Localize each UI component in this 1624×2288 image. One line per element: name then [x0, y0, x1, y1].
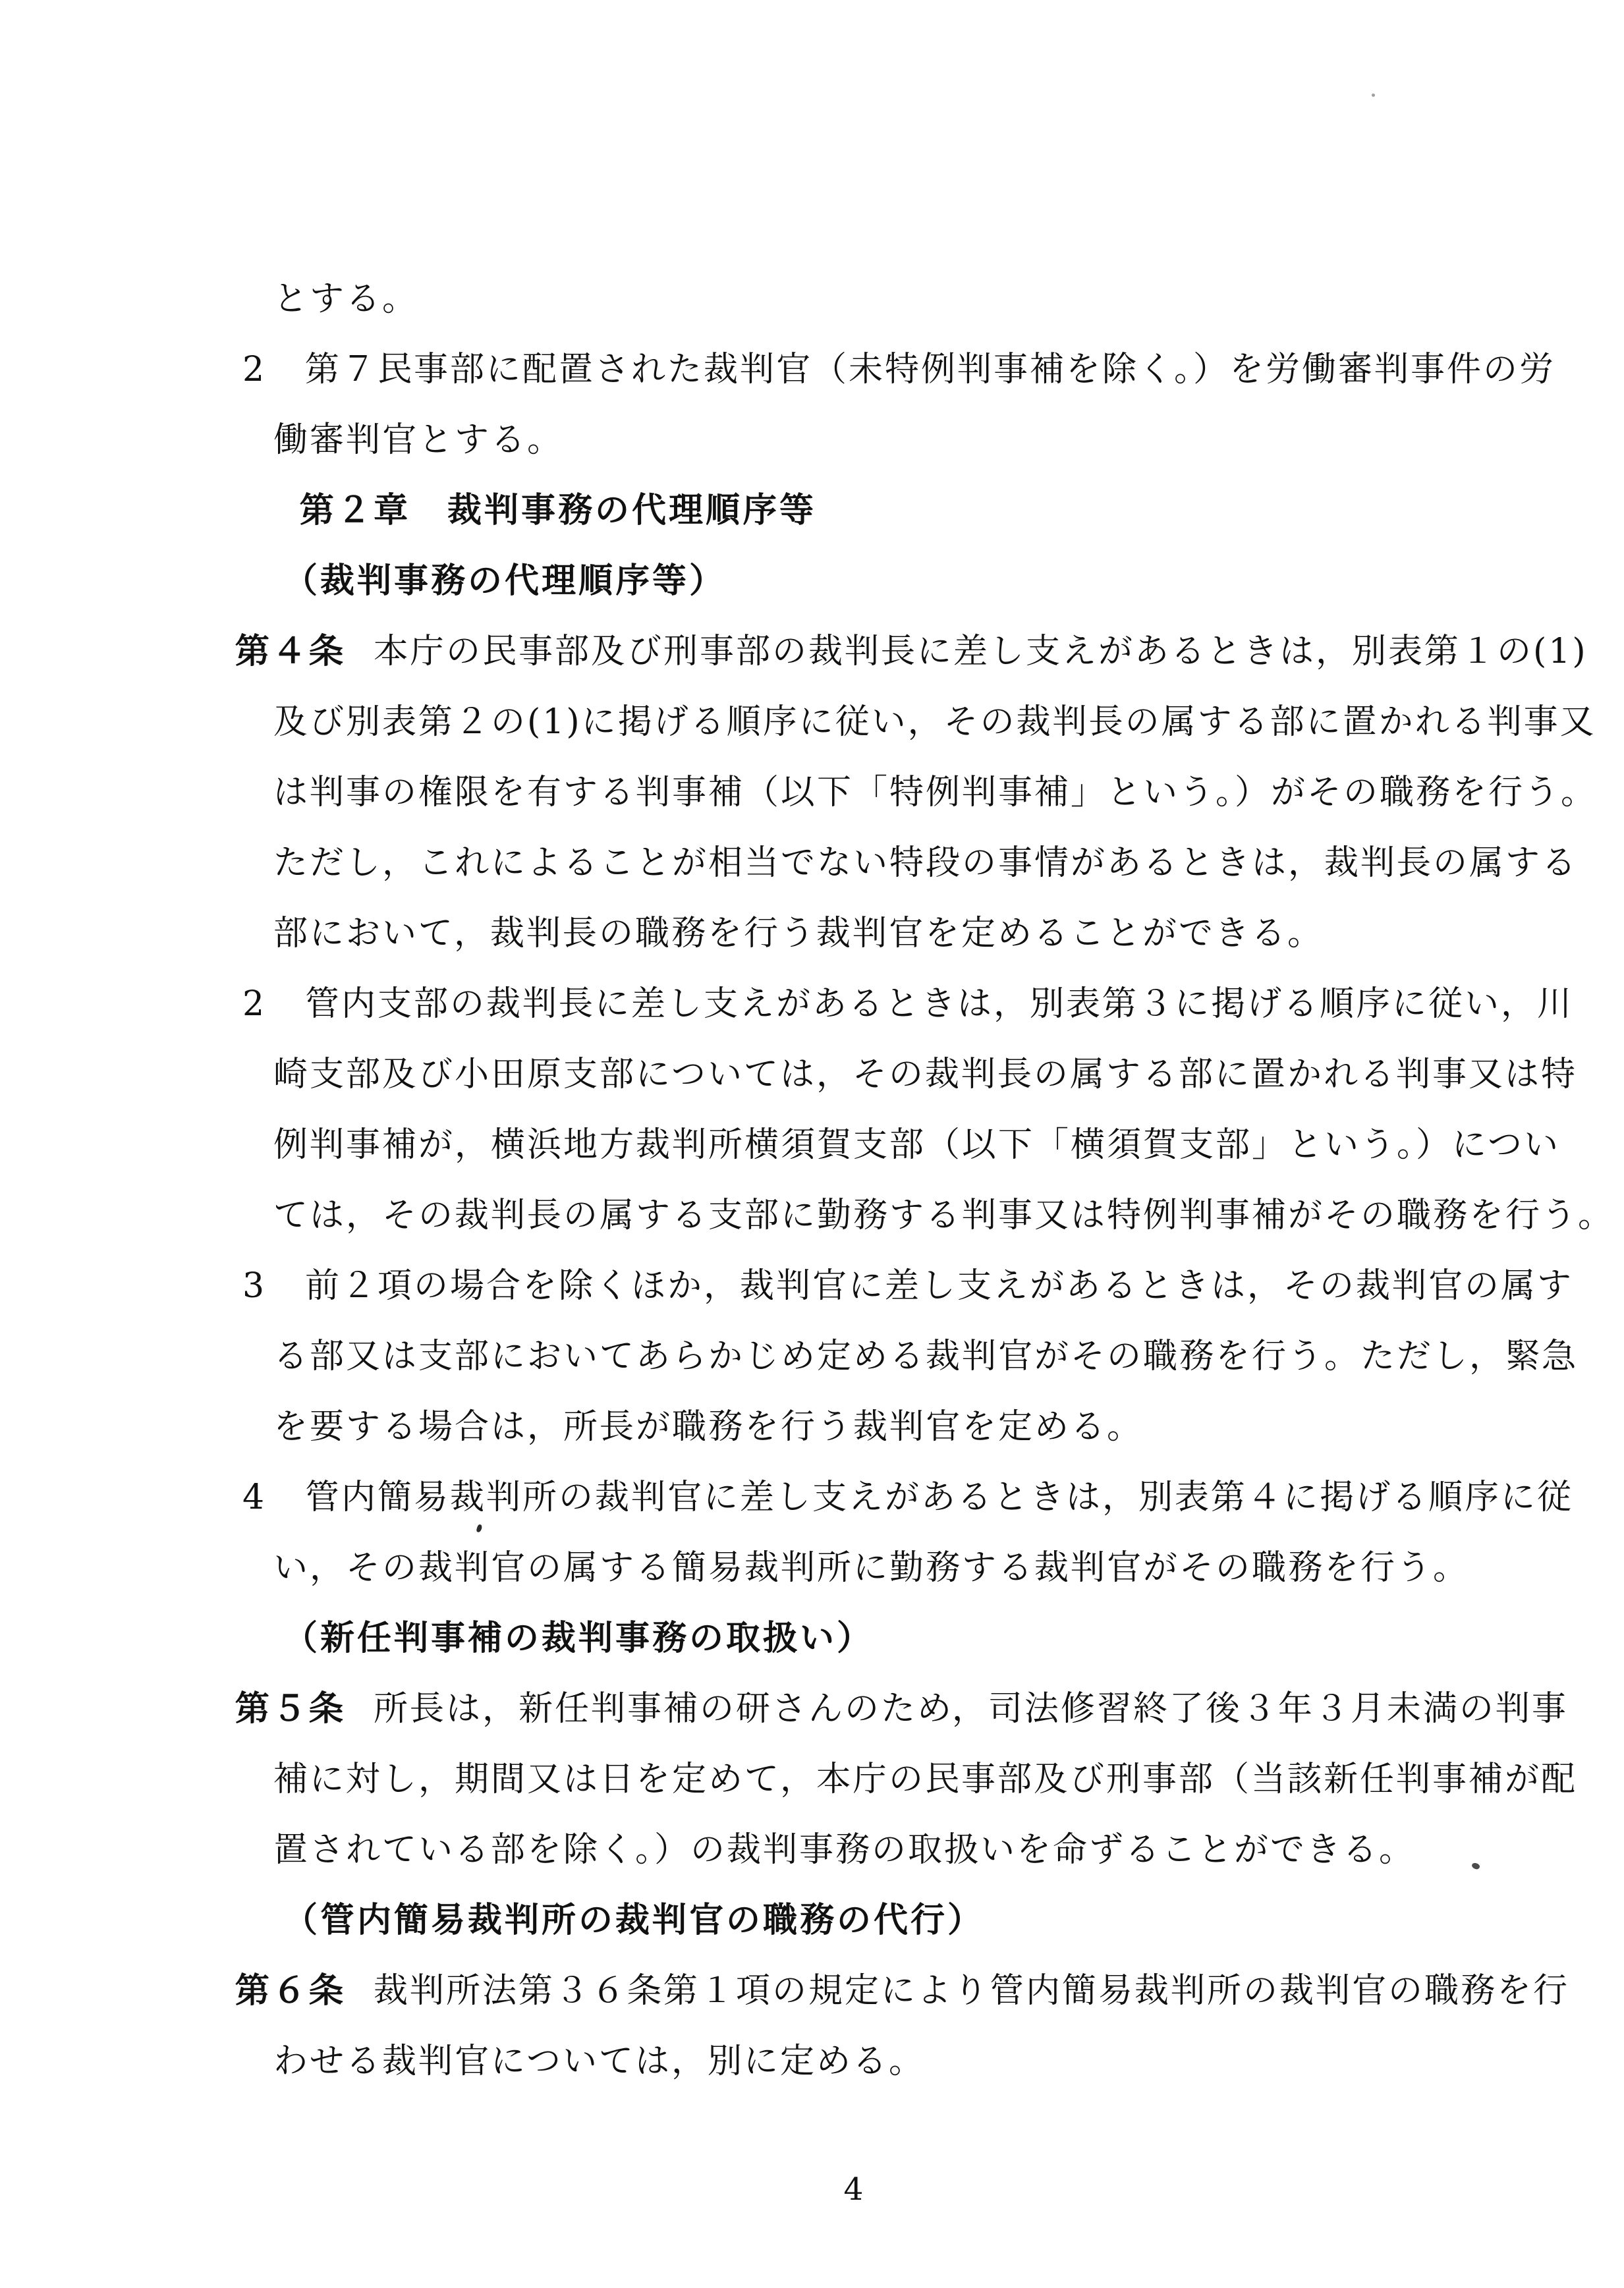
section-heading: （管内簡易裁判所の裁判官の職務の代行）	[283, 1901, 984, 1941]
continuation-line: わせる裁判官については，別に定める。	[273, 2042, 925, 2082]
item-number: 4	[242, 1478, 305, 1518]
article-number-label: 第４条	[235, 632, 346, 671]
continuation-line: 働審判官とする。	[273, 421, 563, 460]
page-number: 4	[0, 2171, 1624, 2208]
continuation-line: い，その裁判官の属する簡易裁判所に勤務する裁判官がその職務を行う。	[273, 1549, 1469, 1588]
section-heading: （裁判事務の代理順序等）	[283, 562, 726, 601]
continuation-line: 崎支部及び小田原支部については，その裁判長の属する部に置かれる判事又は特	[273, 1055, 1577, 1095]
item-paragraph: 2管内支部の裁判長に差し支えがあるときは，別表第３に掲げる順序に従い，川	[242, 985, 1573, 1024]
item-number: 2	[242, 350, 305, 390]
continuation-line: 置されている部を除く。）の裁判事務の取扱いを命ずることができる。	[273, 1831, 1415, 1870]
item-number: 2	[242, 985, 305, 1024]
item-text: 前２項の場合を除くほか，裁判官に差し支えがあるときは，その裁判官の属す	[305, 1266, 1573, 1306]
continuation-line: ては，その裁判長の属する支部に勤務する判事又は特例判事補がその職務を行う。	[273, 1196, 1614, 1236]
item-paragraph: 4管内簡易裁判所の裁判官に差し支えがあるときは，別表第４に掲げる順序に従	[242, 1478, 1573, 1518]
article-paragraph: 第５条所長は，新任判事補の研さんのため，司法修習終了後３年３月未満の判事	[235, 1690, 1568, 1729]
chapter-heading: 第２章 裁判事務の代理順序等	[300, 491, 816, 531]
item-text: 管内支部の裁判長に差し支えがあるときは，別表第３に掲げる順序に従い，川	[305, 984, 1573, 1024]
continuation-line: 補に対し，期間又は日を定めて，本庁の民事部及び刑事部（当該新任判事補が配	[273, 1760, 1577, 1800]
continuation-line: ただし，これによることが相当でない特段の事情があるときは，裁判長の属する	[273, 844, 1578, 883]
item-text: 管内簡易裁判所の裁判官に差し支えがあるときは，別表第４に掲げる順序に従	[305, 1478, 1573, 1517]
continuation-line: とする。	[273, 280, 418, 320]
article-paragraph: 第６条裁判所法第３６条第１項の規定により管内簡易裁判所の裁判官の職務を行	[235, 1972, 1569, 2011]
item-paragraph: 3前２項の場合を除くほか，裁判官に差し支えがあるときは，その裁判官の属す	[242, 1267, 1573, 1306]
article-paragraph: 第４条本庁の民事部及び刑事部の裁判長に差し支えがあるときは，別表第１の(1)	[235, 632, 1588, 672]
continuation-line: 及び別表第２の(1)に掲げる順序に従い，その裁判長の属する部に置かれる判事又	[273, 703, 1596, 742]
section-heading: （新任判事補の裁判事務の取扱い）	[283, 1619, 874, 1659]
article-number-label: 第６条	[235, 1971, 346, 2011]
continuation-line: は判事の権限を有する判事補（以下「特例判事補」という。）がその職務を行う。	[273, 773, 1597, 813]
article-text: 裁判所法第３６条第１項の規定により管内簡易裁判所の裁判官の職務を行	[374, 1971, 1569, 2011]
continuation-line: を要する場合は，所長が職務を行う裁判官を定める。	[273, 1408, 1143, 1447]
scanned-document-page: とする。 2第７民事部に配置された裁判官（未特例判事補を除く。）を労働審判事件の…	[0, 0, 1624, 2288]
continuation-line: る部又は支部においてあらかじめ定める裁判官がその職務を行う。ただし，緊急	[273, 1337, 1578, 1377]
item-text: 第７民事部に配置された裁判官（未特例判事補を除く。）を労働審判事件の労	[305, 350, 1555, 389]
scan-speck	[476, 1524, 482, 1533]
article-text: 本庁の民事部及び刑事部の裁判長に差し支えがあるときは，別表第１の(1)	[374, 632, 1588, 671]
article-number-label: 第５条	[235, 1689, 346, 1729]
article-text: 所長は，新任判事補の研さんのため，司法修習終了後３年３月未満の判事	[374, 1689, 1568, 1729]
scan-speck	[1372, 94, 1375, 97]
item-number: 3	[242, 1267, 305, 1306]
continuation-line: 部において，裁判長の職務を行う裁判官を定めることができる。	[273, 914, 1324, 954]
scan-speck	[1471, 1862, 1481, 1871]
item-paragraph: 2第７民事部に配置された裁判官（未特例判事補を除く。）を労働審判事件の労	[242, 350, 1555, 390]
continuation-line: 例判事補が，横浜地方裁判所横須賀支部（以下「横須賀支部」という。）につい	[273, 1126, 1560, 1165]
